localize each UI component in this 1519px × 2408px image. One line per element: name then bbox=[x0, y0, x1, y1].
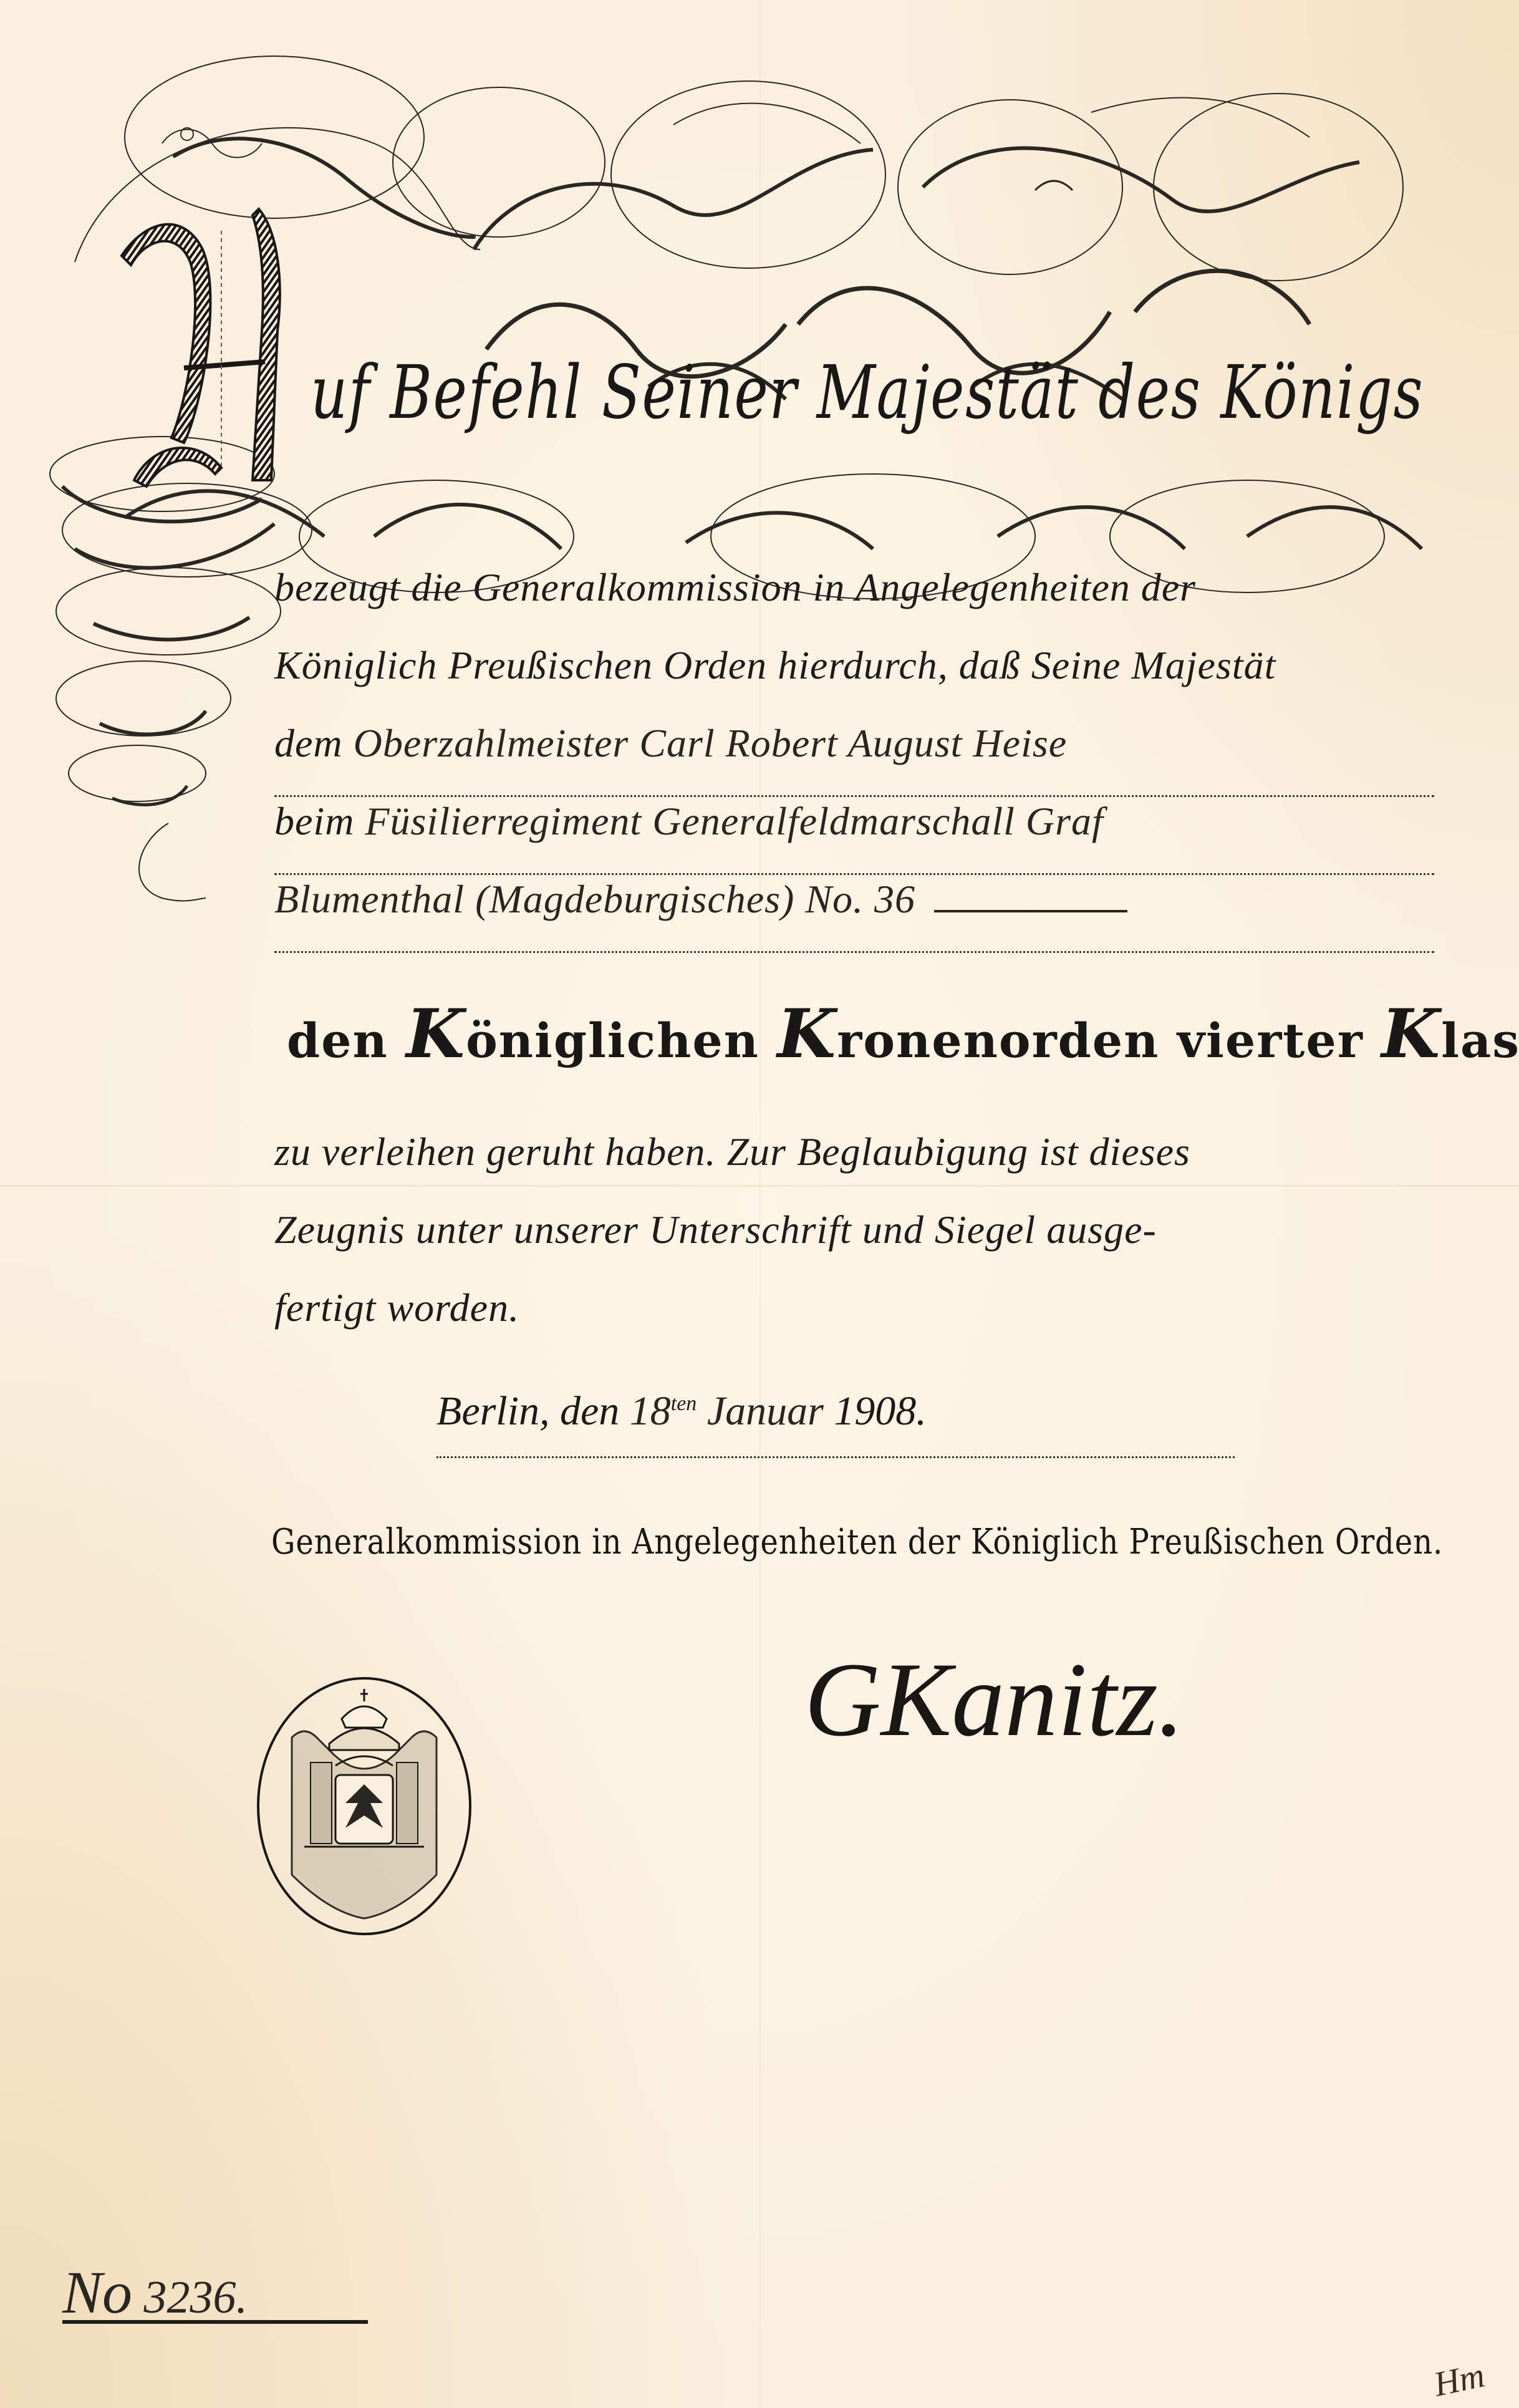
unit-line-1: beim Füsilierregiment Generalfeldmarscha… bbox=[274, 798, 1434, 875]
order-cap-3: K bbox=[1381, 995, 1441, 1073]
date-year: 1908. bbox=[834, 1388, 927, 1434]
order-word-2: öniglichen bbox=[466, 1013, 759, 1068]
body-line-2: Königlich Preußischen Orden hierdurch, d… bbox=[274, 642, 1434, 717]
prussian-coat-of-arms-seal bbox=[254, 1675, 474, 1937]
recipient-name: Carl Robert August Heise bbox=[639, 721, 1067, 765]
date-den: den bbox=[560, 1388, 619, 1434]
body-line-1: bezeugt die Generalkommission in Angeleg… bbox=[274, 564, 1434, 639]
unit-prefix: beim bbox=[274, 799, 354, 843]
order-name: den Königlichen Kronenorden vierter Klas… bbox=[287, 995, 1447, 1073]
unit-line-2: Blumenthal (Magdeburgisches) No. 36 bbox=[274, 876, 1434, 953]
signature: GKanitz. bbox=[804, 1646, 1154, 1827]
registration-number: No 3236. bbox=[62, 2258, 368, 2324]
order-word-1: den bbox=[287, 1013, 388, 1068]
closing-line-2: Zeugnis unter unserer Unterschrift und S… bbox=[274, 1207, 1434, 1282]
issuing-authority: Generalkommission in Angelegenheiten der… bbox=[271, 1522, 1290, 1562]
date-line: Berlin, den 18ten Januar 1908. bbox=[436, 1388, 1235, 1458]
order-word-3: ronenorden vierter bbox=[837, 1013, 1363, 1068]
date-place: Berlin, bbox=[436, 1388, 549, 1434]
title-text: uf Befehl Seiner Majestät des Königs bbox=[311, 349, 1424, 435]
closing-line-3: fertigt worden. bbox=[274, 1285, 1434, 1360]
registration-value: 3236. bbox=[144, 2272, 248, 2323]
recipient-line: dem Oberzahlmeister Carl Robert August H… bbox=[274, 720, 1434, 797]
date-day: 18 bbox=[630, 1388, 671, 1434]
date-month: Januar bbox=[707, 1388, 824, 1434]
fill-rule bbox=[934, 910, 1127, 912]
unit-text-2: Blumenthal (Magdeburgisches) No. 36 bbox=[274, 877, 915, 921]
recipient-rank: Oberzahlmeister bbox=[354, 721, 629, 765]
unit-text-1: Füsilierregiment Generalfeldmarschall Gr… bbox=[365, 799, 1103, 843]
order-word-4: lasse bbox=[1441, 1013, 1519, 1068]
closing-line-1: zu verleihen geruht haben. Zur Beglaubig… bbox=[274, 1129, 1434, 1204]
corner-initials: Hm bbox=[1430, 2350, 1513, 2408]
document-title: Auf Befehl Seiner Majestät des Königs bbox=[268, 349, 1192, 435]
order-cap-2: K bbox=[777, 995, 837, 1073]
order-cap-1: K bbox=[406, 995, 466, 1073]
date-day-suffix: ten bbox=[671, 1392, 697, 1415]
registration-label: No bbox=[62, 2259, 132, 2326]
recipient-prefix: dem bbox=[274, 721, 343, 765]
